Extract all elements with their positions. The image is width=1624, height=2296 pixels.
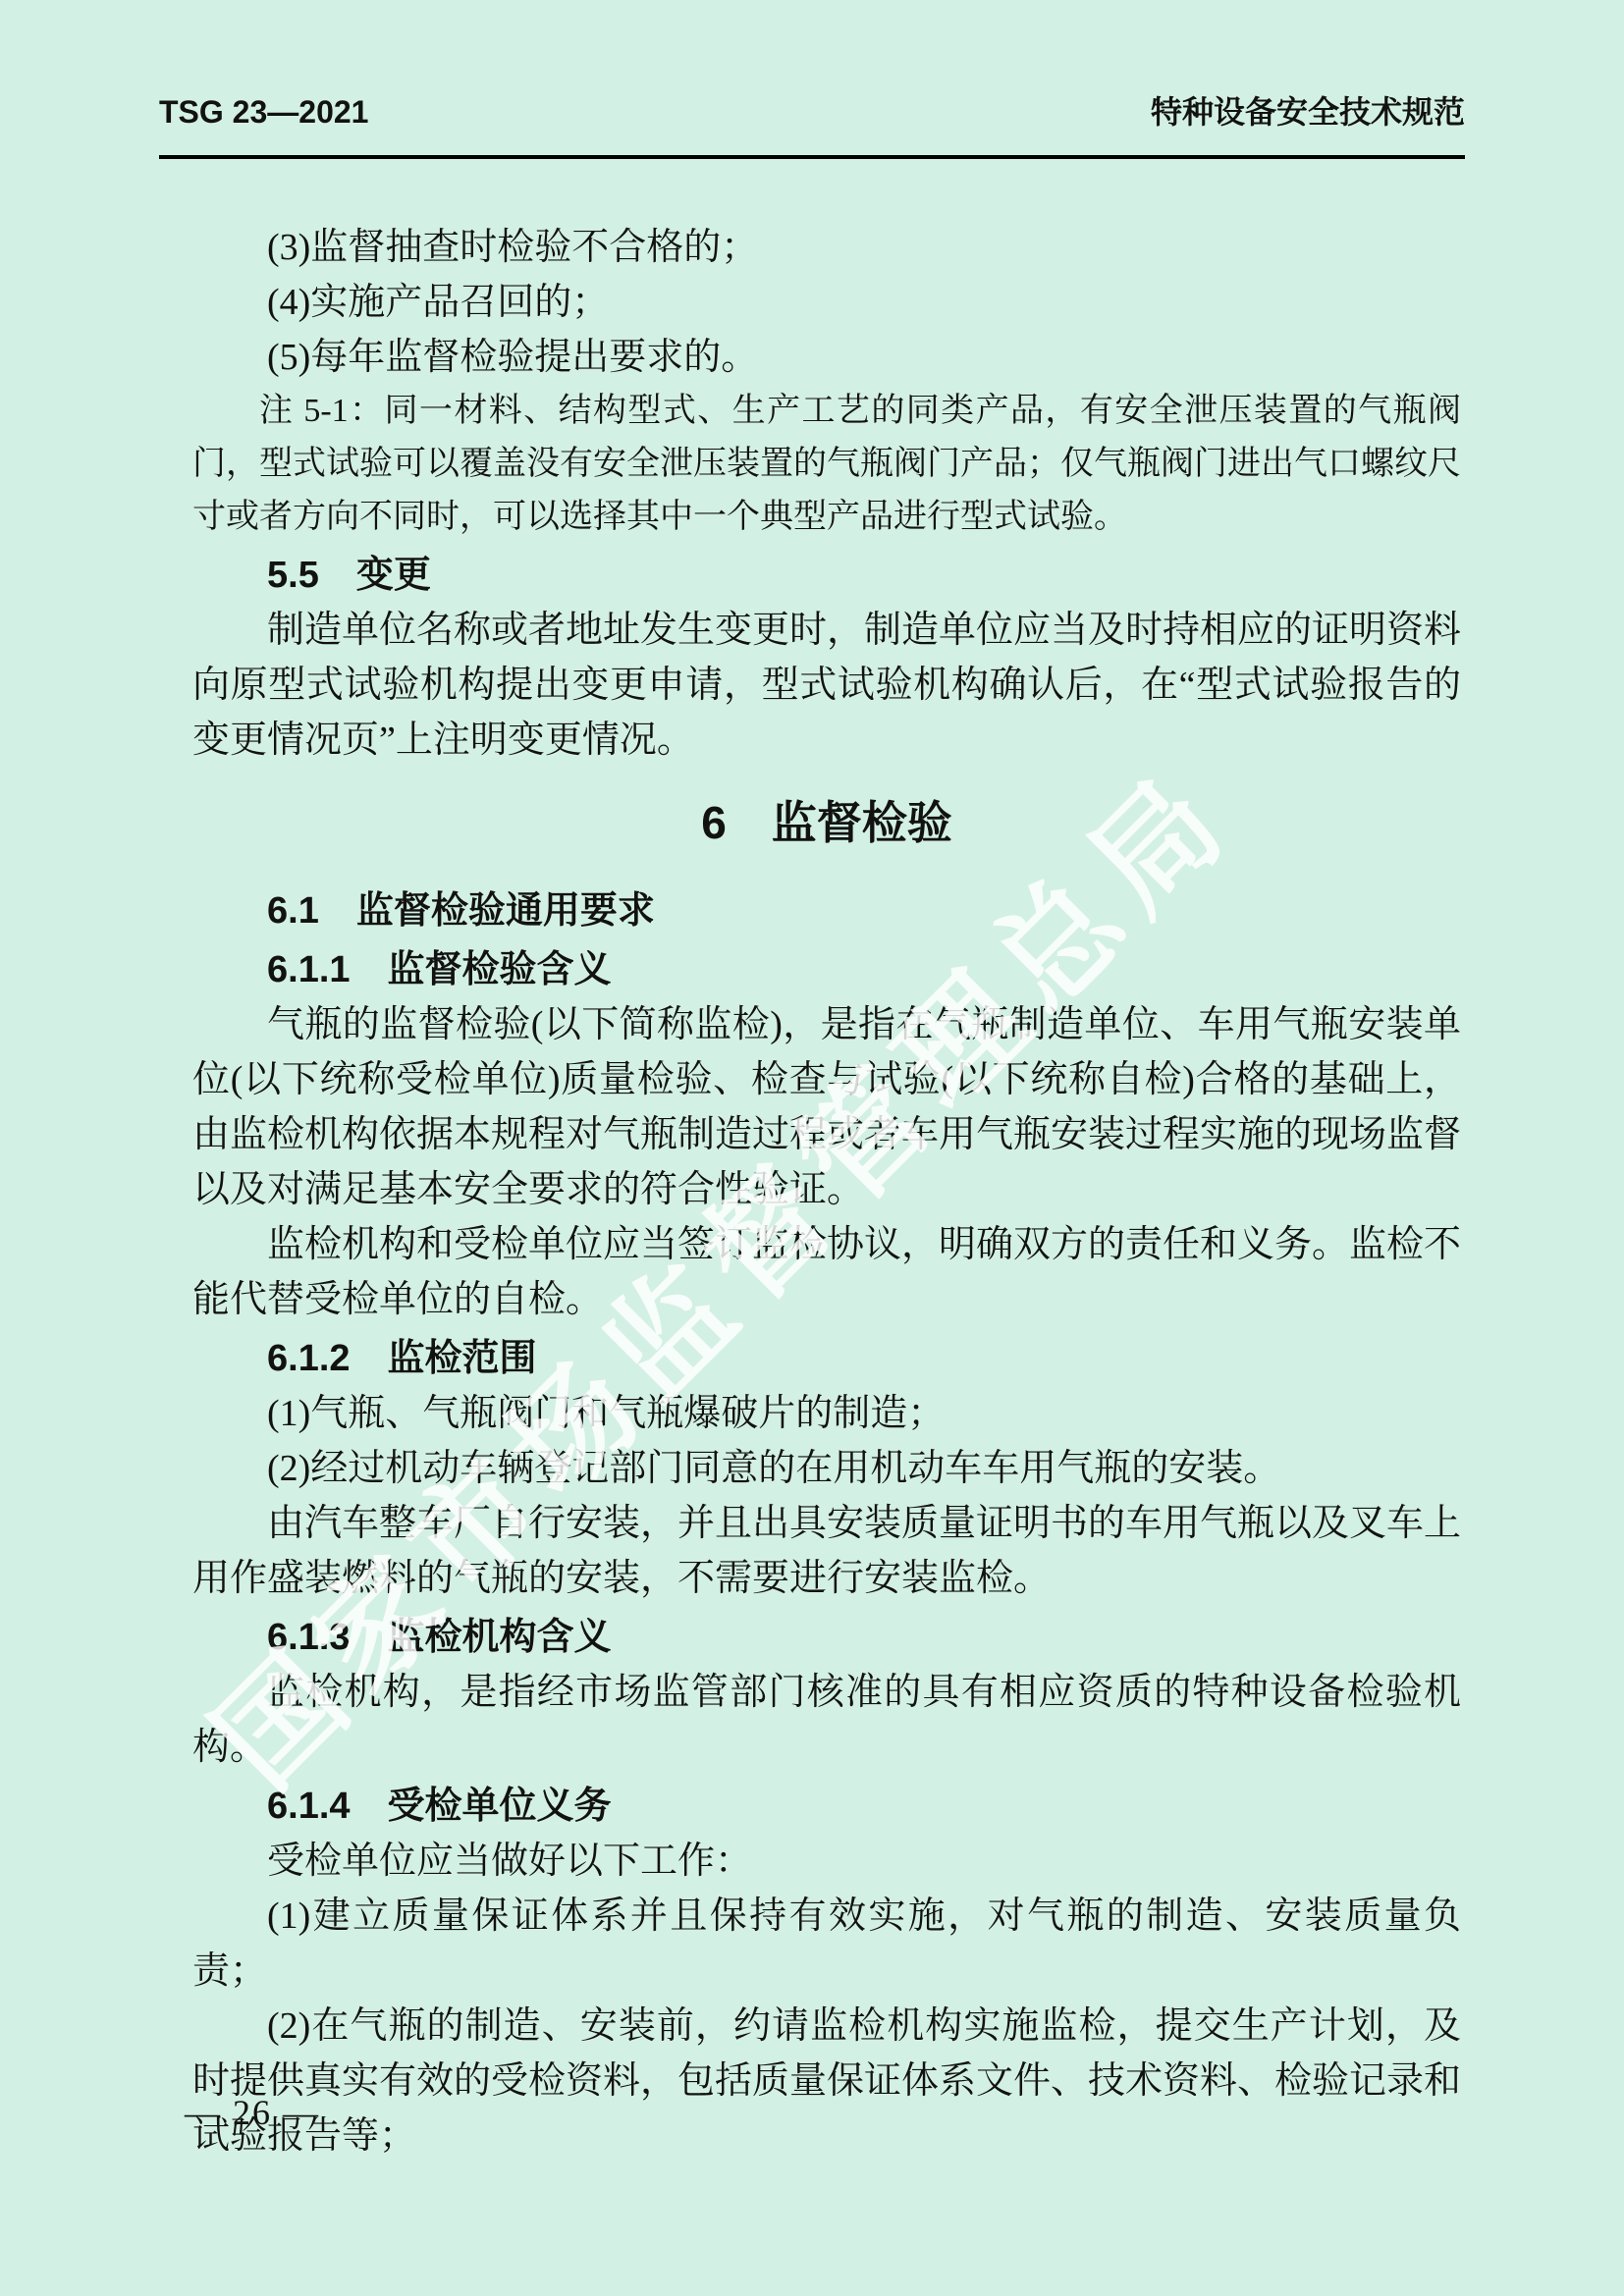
list-item-line: (1)气瓶、气瓶阀门和气瓶爆破片的制造；	[192, 1386, 1461, 1441]
chapter-heading: 6 监督检验	[192, 791, 1461, 854]
list-item-line: (1)建立质量保证体系并且保持有效实施，对气瓶的制造、安装质量负责；	[192, 1889, 1461, 1999]
body-paragraph: 监检机构，是指经市场监管部门核准的具有相应资质的特种设备检验机构。	[192, 1665, 1461, 1775]
header-doc-title: 特种设备安全技术规范	[1151, 92, 1465, 132]
subsection-heading: 6.1.4 受检单位义务	[192, 1779, 1461, 1834]
section-heading: 6.1 监督检验通用要求	[192, 883, 1461, 938]
section-heading: 5.5 变更	[192, 548, 1461, 603]
body-paragraph: 监检机构和受检单位应当签订监检协议，明确双方的责任和义务。监检不能代替受检单位的…	[192, 1217, 1461, 1327]
subsection-heading: 6.1.1 监督检验含义	[192, 942, 1461, 997]
body-paragraph: 由汽车整车厂自行安装，并且出具安装质量证明书的车用气瓶以及叉车上用作盛装燃料的气…	[192, 1496, 1461, 1606]
header-doc-number: TSG 23—2021	[159, 92, 368, 132]
note-paragraph: 注 5-1：同一材料、结构型式、生产工艺的同类产品，有安全泄压装置的气瓶阀门，型…	[192, 385, 1461, 544]
list-item-line: (5)每年监督检验提出要求的。	[192, 330, 1461, 385]
body-paragraph: 制造单位名称或者地址发生变更时，制造单位应当及时持相应的证明资料向原型式试验机构…	[192, 603, 1461, 768]
body-paragraph: 气瓶的监督检验(以下简称监检)，是指在气瓶制造单位、车用气瓶安装单位(以下统称受…	[192, 997, 1461, 1217]
body-paragraph: (2)在气瓶的制造、安装前，约请监检机构实施监检，提交生产计划，及时提供真实有效…	[192, 1999, 1461, 2163]
document-body: (3)监督抽查时检验不合格的；(4)实施产品召回的；(5)每年监督检验提出要求的…	[192, 220, 1461, 2163]
list-item-line: 受检单位应当做好以下工作：	[192, 1834, 1461, 1889]
list-item-line: (2)经过机动车辆登记部门同意的在用机动车车用气瓶的安装。	[192, 1441, 1461, 1496]
page-header: TSG 23—2021 特种设备安全技术规范	[159, 92, 1465, 159]
list-item-line: (3)监督抽查时检验不合格的；	[192, 220, 1461, 275]
document-page: TSG 23—2021 特种设备安全技术规范 (3)监督抽查时检验不合格的；(4…	[0, 0, 1624, 2296]
list-item-line: (4)实施产品召回的；	[192, 275, 1461, 330]
subsection-heading: 6.1.3 监检机构含义	[192, 1610, 1461, 1665]
subsection-heading: 6.1.2 监检范围	[192, 1331, 1461, 1386]
page-number: — 26 —	[185, 2091, 320, 2134]
